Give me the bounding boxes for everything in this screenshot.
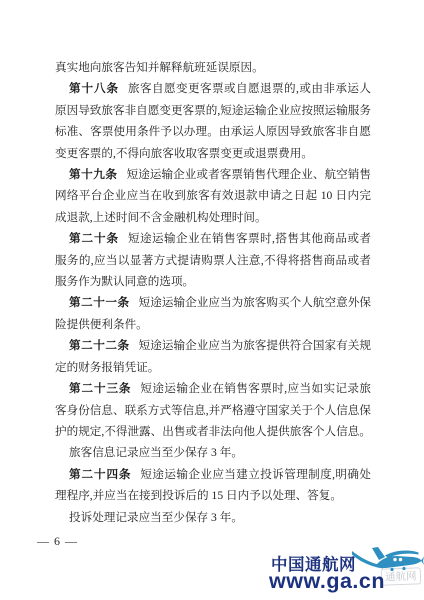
article-number: 第二十条 — [69, 232, 119, 245]
article-number: 第二十一条 — [69, 296, 130, 309]
paragraph-article-24: 第二十四条短途运输企业应当建立投诉管理制度,明确处理程序,并应当在接到投诉后的 … — [55, 464, 371, 507]
paragraph: 真实地向旅客告知并解释航班延误原因。 — [55, 57, 371, 78]
paragraph-text: 旅客信息记录应当至少保存 3 年。 — [69, 446, 243, 459]
paragraph-article-22: 第二十二条短途运输企业应当为旅客提供符合国家有关规定的财务报销凭证。 — [55, 335, 371, 378]
paragraph-article-21: 第二十一条短途运输企业应当为旅客购买个人航空意外保险提供便利条件。 — [55, 292, 371, 335]
article-number: 第二十四条 — [69, 468, 131, 481]
paragraph-article-18: 第十八条旅客自愿变更客票或自愿退票的,或由非承运人原因导致旅客非自愿变更客票的,… — [55, 78, 371, 164]
article-number: 第二十二条 — [69, 339, 130, 352]
paragraph: 投诉处理记录应当至少保存 3 年。 — [55, 507, 371, 528]
paragraph-article-20: 第二十条短途运输企业在销售客票时,搭售其他商品或者服务的,应当以显著方式提请购票… — [55, 228, 371, 292]
watermark-logo: 通航网 中国通航网 www.ga.cn — [268, 544, 424, 600]
paragraph-text: 投诉处理记录应当至少保存 3 年。 — [69, 511, 243, 524]
article-number: 第二十三条 — [69, 382, 131, 395]
paragraph-text: 真实地向旅客告知并解释航班延误原因。 — [55, 61, 264, 74]
page-number: — 6 — — [37, 534, 78, 549]
document-body: 真实地向旅客告知并解释航班延误原因。 第十八条旅客自愿变更客票或自愿退票的,或由… — [55, 57, 371, 528]
paragraph: 旅客信息记录应当至少保存 3 年。 — [55, 442, 371, 463]
document-page: 真实地向旅客告知并解释航班延误原因。 第十八条旅客自愿变更客票或自愿退票的,或由… — [0, 0, 424, 600]
watermark-url: www.ga.cn — [269, 569, 385, 594]
article-number: 第十八条 — [69, 82, 119, 95]
paragraph-article-23: 第二十三条短途运输企业在销售客票时,应当如实记录旅客身份信息、联系方式等信息,并… — [55, 378, 371, 442]
paragraph-article-19: 第十九条短途运输企业或者客票销售代理企业、航空销售网络平台企业应当在收到旅客有效… — [55, 164, 371, 228]
article-number: 第十九条 — [69, 168, 118, 181]
